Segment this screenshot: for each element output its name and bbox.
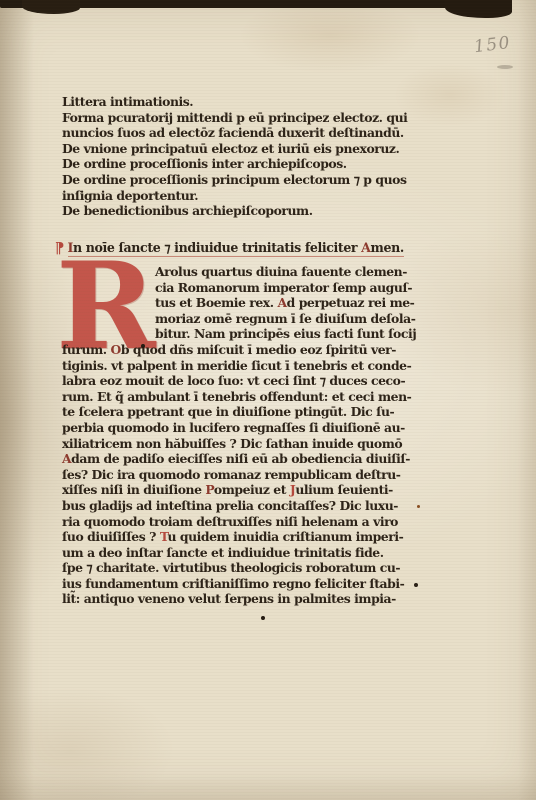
text-line: De vnione principatuū electoz et iuriū e… bbox=[62, 141, 407, 157]
text-line: labra eoz mouit de loco ſuo: vt ceci ſin… bbox=[62, 373, 408, 389]
text-line: rum. Et q̃ ambulant ī tenebris offendunt… bbox=[62, 389, 408, 405]
text-line: tiginis. vt palpent in meridie ſicut ī t… bbox=[62, 358, 408, 374]
text-line: ſes? Dic ira quomodo romanaz rempublicam… bbox=[62, 467, 408, 483]
scanned-page: 150 Littera intimationis.Forma pcuratori… bbox=[0, 0, 536, 800]
pencil-smudge bbox=[497, 65, 513, 69]
scan-edge-blob bbox=[445, 0, 512, 18]
text-line: ius fundamentum criſtianiſſimo regno fel… bbox=[62, 576, 408, 592]
ink-dot bbox=[261, 616, 265, 620]
text-line: perbia quomodo in lucifero regnaſſes ſi … bbox=[62, 420, 408, 436]
text-line: ria quomodo troiam deſtruxiſſes niſi hel… bbox=[62, 514, 408, 530]
text-line: cia Romanorum imperator ſemp auguſ- bbox=[155, 280, 408, 296]
rubricated-capital: A bbox=[62, 451, 71, 466]
table-of-contents: Littera intimationis.Forma pcuratorij mi… bbox=[62, 94, 407, 219]
text-line: moriaz omē regnum ī ſe diuiſum deſola- bbox=[155, 311, 408, 327]
paragraph-full-block: furum. Ob quod dñs miſcuit ī medio eoz ſ… bbox=[62, 342, 408, 607]
text-line: furum. Ob quod dñs miſcuit ī medio eoz ſ… bbox=[62, 342, 408, 358]
paragraph-indented-block: Arolus quartus diuina fauente clemen-cia… bbox=[62, 264, 408, 342]
text-line: ſuo diuiſiſſes ? Tu quidem inuidia criſt… bbox=[62, 529, 408, 545]
ink-dot bbox=[414, 583, 418, 587]
text-line: xiliatricem non hăbuiſſes ? Dic ſathan i… bbox=[62, 436, 408, 452]
text-line: xiſſes niſi in diuiſione Pompeiuz et Jul… bbox=[62, 482, 408, 498]
folio-number-handwritten: 150 bbox=[473, 34, 512, 56]
text-line: Arolus quartus diuina fauente clemen- bbox=[155, 264, 408, 280]
text-line: Adam de padiſo eieciſſes niſi eū ab obed… bbox=[62, 451, 408, 467]
text-line: ſpe ⁊ charitate. virtutibus theologicis … bbox=[62, 560, 408, 576]
text-line: Littera intimationis. bbox=[62, 94, 407, 110]
ink-dot bbox=[417, 505, 420, 508]
text-line: inſignia deportentur. bbox=[62, 188, 407, 204]
text-line: De benedictionibus archiepiſcoporum. bbox=[62, 203, 407, 219]
text-line: Forma pcuratorij mittendi p eū principez… bbox=[62, 110, 407, 126]
scan-edge-bump bbox=[22, 0, 80, 14]
rubricated-capital: A bbox=[277, 295, 286, 310]
text-line: bus gladijs ad inteſtina prelia concitaſ… bbox=[62, 498, 408, 514]
rubricated-capital: O bbox=[110, 342, 120, 357]
text-line: lit̃: antiquo veneno velut ſerpens in pa… bbox=[62, 591, 408, 607]
rubricated-capital: P bbox=[205, 482, 214, 497]
text-line: um a deo inſtar ſancte et indiuidue trin… bbox=[62, 545, 408, 561]
text-line: tus et Boemie rex. Ad perpetuaz rei me- bbox=[155, 295, 408, 311]
text-line: De ordine proceſſionis principum elector… bbox=[62, 172, 407, 188]
rubricated-capital: J bbox=[290, 482, 295, 497]
text-line: De ordine proceſſionis inter archiepiſco… bbox=[62, 156, 407, 172]
main-paragraph: Arolus quartus diuina fauente clemen-cia… bbox=[62, 264, 408, 607]
ink-dot bbox=[141, 344, 145, 348]
rubricated-capital: T bbox=[160, 529, 168, 544]
text-line: nuncios ſuos ad electōz faciendā duxerit… bbox=[62, 125, 407, 141]
text-line: bitur. Nam principēs eius facti ſunt ſoc… bbox=[155, 326, 408, 342]
rubricated-capital: A bbox=[361, 240, 370, 255]
text-line: te ſcelera ppetrant que in diuiſione pti… bbox=[62, 404, 408, 420]
